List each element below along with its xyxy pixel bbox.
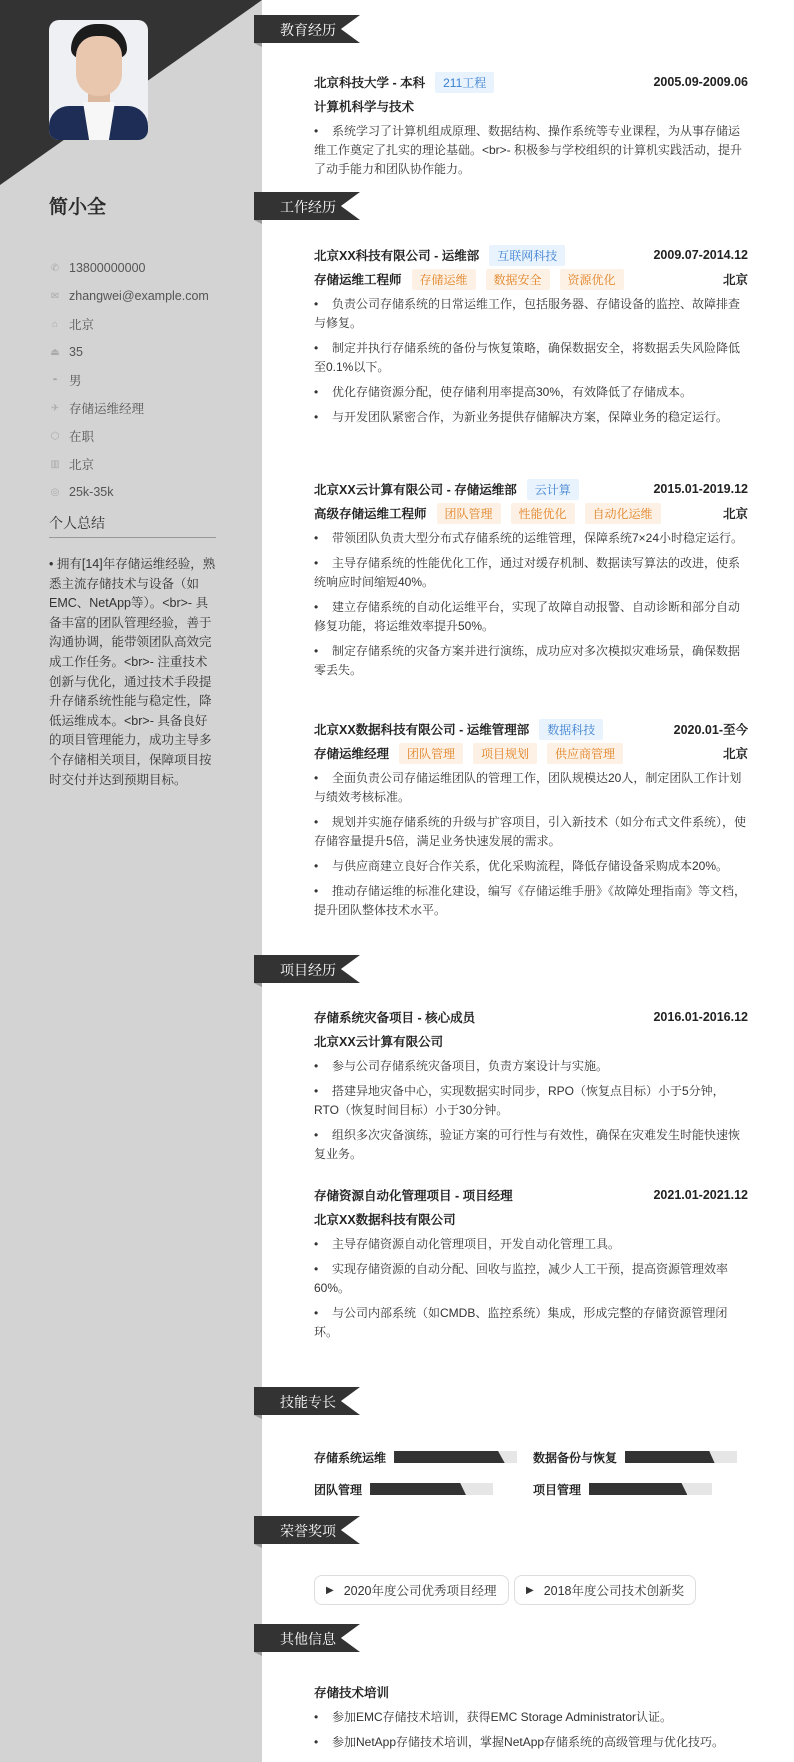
mail-icon: ✉ — [49, 290, 61, 302]
project-entry-1: 存储系统灾备项目 - 核心成员2016.01-2016.12 北京XX云计算有限… — [314, 1005, 748, 1170]
work-entry-1: 北京XX科技有限公司 - 运维部互联网科技2009.07-2014.12 存储运… — [314, 243, 748, 433]
school-name: 北京科技大学 - 本科 — [314, 73, 425, 91]
skill-storage-ops: 存储系统运维 — [314, 1450, 517, 1464]
contact-hometown: ⌂北京 — [49, 310, 209, 338]
contact-phone: ✆13800000000 — [49, 254, 209, 282]
avatar — [49, 20, 148, 140]
work-entry-3: 北京XX数据科技有限公司 - 运维管理部数据科技2020.01-至今 存储运维经… — [314, 717, 748, 926]
status-icon: ⬡ — [49, 430, 61, 442]
contact-list: ✆13800000000 ✉zhangwei@example.com ⌂北京 ⏏… — [49, 254, 209, 506]
other-entry: 存储技术培训 参加EMC存储技术培训，获得EMC Storage Adminis… — [314, 1680, 748, 1758]
contact-job: ✈存储运维经理 — [49, 394, 209, 422]
job-icon: ✈ — [49, 402, 61, 414]
contact-status: ⬡在职 — [49, 422, 209, 450]
award-badge-2: ▶2018年度公司技术创新奖 — [514, 1575, 696, 1605]
major: 计算机科学与技术 — [314, 97, 414, 115]
skill-project-mgmt: 项目管理 — [533, 1482, 712, 1496]
work-entry-2: 北京XX云计算有限公司 - 存储运维部云计算2015.01-2019.12 高级… — [314, 477, 748, 686]
contact-city: ▥北京 — [49, 450, 209, 478]
project-entry-2: 存储资源自动化管理项目 - 项目经理2021.01-2021.12 北京XX数据… — [314, 1183, 748, 1348]
phone-icon: ✆ — [49, 262, 61, 274]
award-badge-1: ▶2020年度公司优秀项目经理 — [314, 1575, 509, 1605]
edu-date: 2005.09-2009.06 — [653, 75, 748, 89]
salary-icon: ◎ — [49, 486, 61, 498]
candidate-name: 简小全 — [49, 192, 106, 219]
contact-salary: ◎25k-35k — [49, 478, 209, 506]
contact-email: ✉zhangwei@example.com — [49, 282, 209, 310]
divider — [49, 537, 216, 538]
play-triangle-icon: ▶ — [526, 1585, 534, 1596]
summary-title: 个人总结 — [49, 513, 105, 533]
edu-bullet: 系统学习了计算机组成原理、数据结构、操作系统等专业课程，为从事存储运维工作奠定了… — [314, 122, 748, 179]
skill-team-mgmt: 团队管理 — [314, 1482, 493, 1496]
sidebar: 简小全 ✆13800000000 ✉zhangwei@example.com ⌂… — [0, 0, 262, 1762]
resume-page: 简小全 ✆13800000000 ✉zhangwei@example.com ⌂… — [0, 0, 794, 1762]
skill-backup: 数据备份与恢复 — [533, 1450, 737, 1464]
contact-age: ⏏35 — [49, 338, 209, 366]
gender-icon: ◓ — [49, 374, 61, 386]
contact-gender: ◓男 — [49, 366, 209, 394]
education-entry: 北京科技大学 - 本科211工程2005.09-2009.06 计算机科学与技术… — [314, 70, 748, 185]
school-tag: 211工程 — [435, 72, 494, 93]
summary-text: • 拥有[14]年存储运维经验，熟悉主流存储技术与设备（如EMC、NetApp等… — [49, 555, 217, 790]
age-icon: ⏏ — [49, 346, 61, 358]
play-triangle-icon: ▶ — [326, 1585, 334, 1596]
home-icon: ⌂ — [49, 318, 61, 330]
city-icon: ▥ — [49, 458, 61, 470]
